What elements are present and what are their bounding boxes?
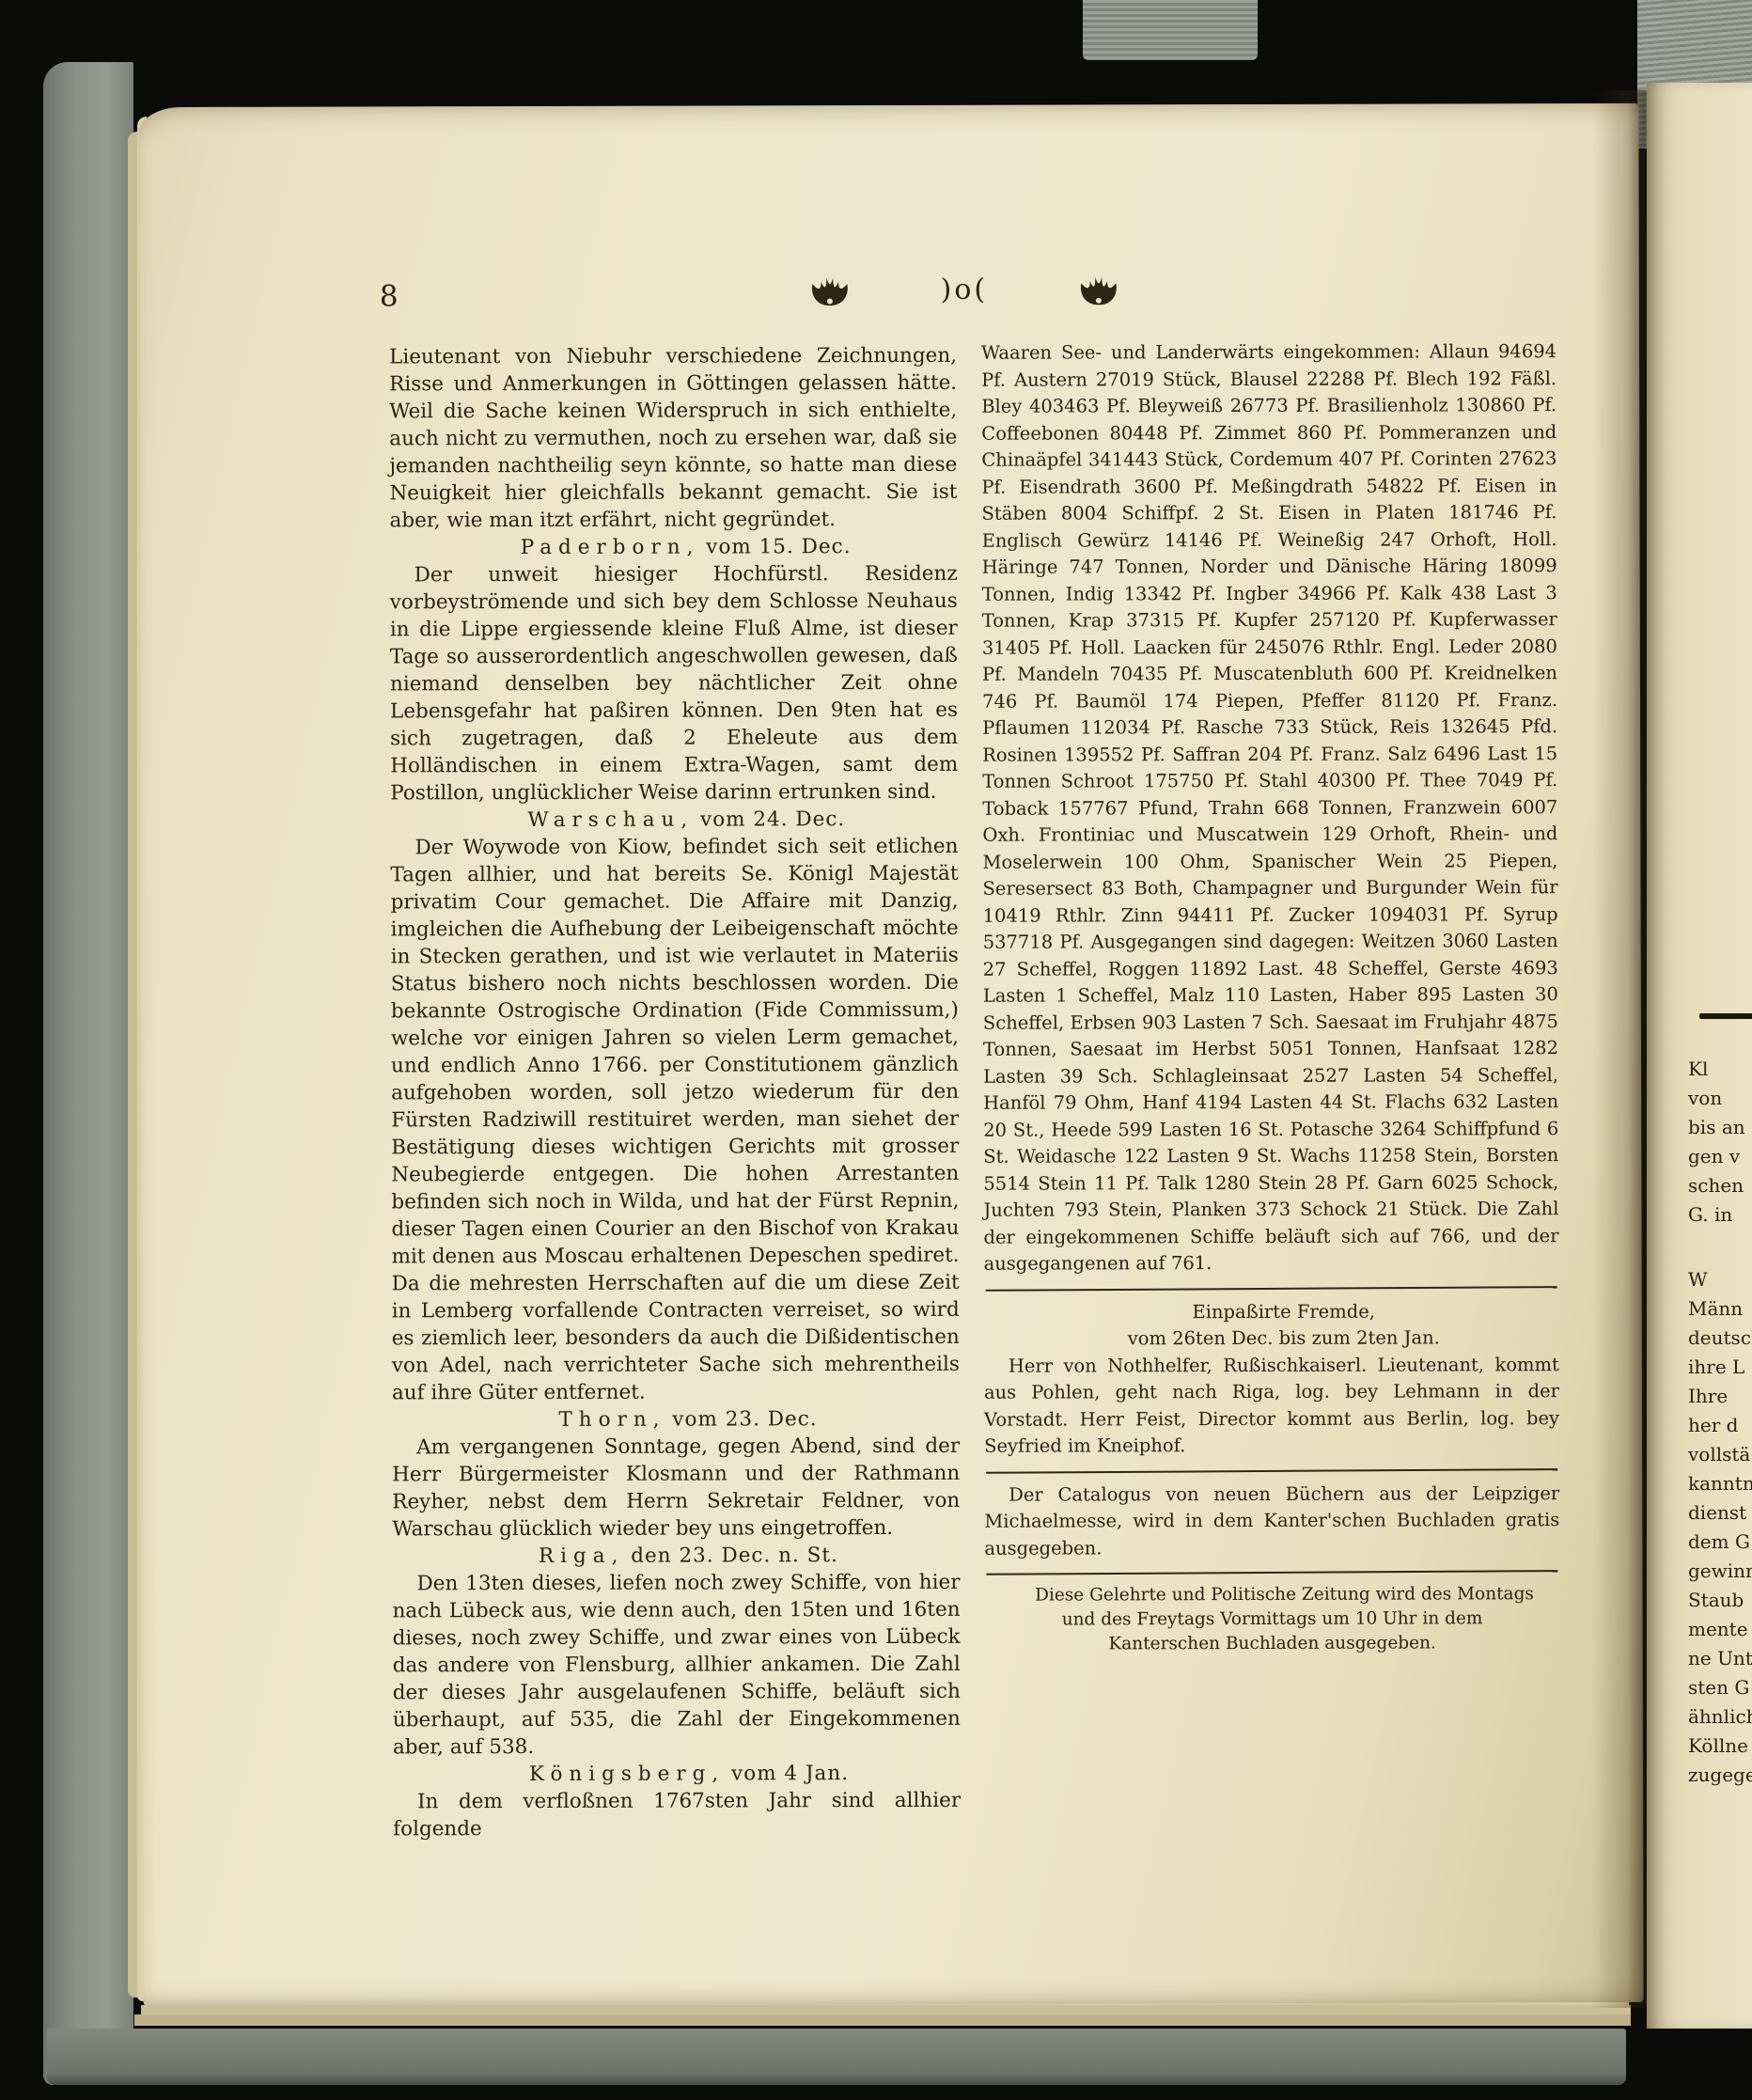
page-block-top-edge	[1083, 0, 1258, 60]
book-photo: { "photo": { "background_color": "#0b0b0…	[0, 0, 1752, 2100]
catalog-notice: Der Catalogus von neuen Büchern aus der …	[984, 1481, 1559, 1562]
imprint-notice: Diese Gelehrte und Politische Zeitung wi…	[984, 1582, 1559, 1657]
palmette-ornament-icon	[808, 273, 852, 310]
palmette-ornament-icon	[1077, 272, 1120, 309]
page-stack-edge	[134, 2014, 1631, 2026]
next-page-text-fragments-top: Kl von bis an gen v schen G. in	[1688, 1055, 1752, 1230]
left-text-column: Lieutenant von Niebuhr verschiedene Zeic…	[389, 342, 961, 1843]
next-page-edge: Kl von bis an gen v schen G. in W Männ d…	[1647, 83, 1752, 2029]
section-body-riga: Den 13ten dieses, liefen noch zwey Schif…	[392, 1569, 961, 1762]
header-center-mark: )o(	[941, 273, 989, 306]
section-divider-rule	[986, 1468, 1557, 1474]
section-heading-warschau: Warschau, vom 24. Dec.	[390, 806, 958, 835]
header-ornaments: )o(	[808, 272, 1120, 310]
section-heading-thorn: Thorn, vom 23. Dec.	[392, 1405, 960, 1434]
fremde-body: Herr von Nothhelfer, Rußischkaiserl. Lie…	[984, 1352, 1559, 1461]
section-heading-paderborn: Paderborn, vom 15. Dec.	[390, 533, 958, 562]
page-stack-edge	[141, 2005, 1631, 2014]
section-body-paderborn: Der unweit hiesiger Hochfürstl. Residenz…	[390, 560, 959, 807]
right-text-column: Waaren See- und Landerwärts eingekommen:…	[981, 338, 1560, 1657]
section-body-koenigsberg: In dem verfloßnen 1767sten Jahr sind all…	[393, 1787, 961, 1843]
newspaper-page: 8 )o( Lieutenant von Niebuhr verschieden…	[138, 103, 1643, 2006]
next-page-rule-fragment	[1699, 1013, 1752, 1019]
fremde-heading: Einpaßirte Fremde,	[984, 1298, 1559, 1326]
section-body-warschau: Der Woywode von Kiow, befindet sich seit…	[390, 833, 960, 1407]
book-cover-left	[43, 62, 133, 2085]
book-cover-bottom	[47, 2029, 1626, 2085]
continued-paragraph: Lieutenant von Niebuhr verschiedene Zeic…	[389, 342, 958, 535]
section-heading-koenigsberg: Königsberg, vom 4 Jan.	[393, 1760, 961, 1789]
section-body-thorn: Am vergangenen Sonntage, gegen Abend, si…	[392, 1433, 960, 1544]
section-divider-rule	[986, 1286, 1557, 1292]
fremde-date-line: vom 26ten Dec. bis zum 2ten Jan.	[984, 1324, 1559, 1353]
page-number: 8	[380, 279, 399, 313]
section-divider-rule	[986, 1570, 1557, 1575]
section-heading-riga: Riga, den 23. Dec. n. St.	[392, 1542, 960, 1571]
commodities-paragraph: Waaren See- und Landerwärts eingekommen:…	[981, 338, 1559, 1277]
next-page-text-fragments-bottom: W Männ deutsch ihre L Ihre her d vollstä…	[1688, 1265, 1752, 1790]
